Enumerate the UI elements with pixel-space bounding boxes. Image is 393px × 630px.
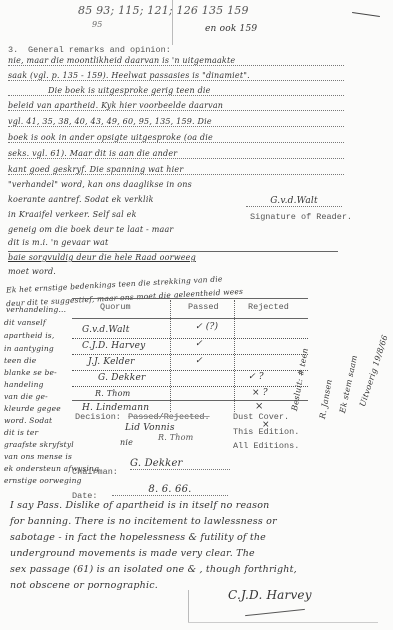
quorum-passed: ✓ (?) — [195, 322, 218, 332]
margin-note-left-line: van ons mense is — [4, 452, 72, 461]
quorum-member: G. Dekker — [98, 373, 145, 383]
table-top-rule — [72, 298, 308, 299]
quorum-passed: ✓ — [195, 339, 203, 349]
closing-note-line: sabotage - in fact the hopelessness & fu… — [10, 532, 266, 543]
margin-note-left-line: handeling — [4, 380, 44, 389]
decision-label: Decision: — [75, 412, 121, 422]
quorum-member: R. Thom — [95, 389, 130, 398]
quorum-member: G.v.d.Walt — [82, 325, 130, 335]
table-col-divider — [170, 300, 172, 412]
remark-line: moet word. — [8, 267, 56, 276]
margin-note-left-line: apartheid is, — [4, 331, 54, 340]
margin-note-left-line: kleurde gegee — [4, 404, 61, 413]
table-header-quorum: Quorum — [100, 302, 131, 312]
section-number: 3. — [8, 45, 18, 55]
remark-line: in Kraaifel verkeer. Self sal ek — [8, 210, 137, 219]
closing-note-line: sex passage (61) is an isolated one & , … — [10, 564, 297, 575]
fold-line — [172, 0, 173, 45]
reader-signature: G.v.d.Walt — [246, 196, 342, 207]
remark-line: seks. vgl. 61). Maar dit is aan die ande… — [8, 149, 344, 159]
remark-line: kant goed geskryf. Die spanning wat hier — [8, 165, 344, 175]
remark-line: nie, maar die moontlikheid daarvan is 'n… — [8, 56, 344, 66]
closing-note-line: not obscene or pornographic. — [10, 580, 158, 591]
option-all-editions: All Editions. — [233, 441, 299, 451]
table-row — [72, 370, 308, 371]
table-bottom-rule — [72, 400, 308, 401]
table-header-rejected: Rejected — [248, 302, 289, 312]
table-header-passed: Passed — [188, 302, 219, 312]
page-references-sub: 95 — [92, 20, 103, 29]
quorum-rejected: × — [255, 401, 264, 412]
margin-note-left-line: dit vanself — [4, 318, 46, 327]
section-label: General remarks and opinion: — [28, 45, 171, 55]
closing-note-line: underground movements is made very clear… — [10, 548, 255, 559]
closing-signature: C.J.D. Harvey — [228, 588, 312, 602]
margin-note-right-line: R. Jansen — [318, 379, 334, 420]
remark-line: baie sorgvuldig deur die hele Raad oorwe… — [8, 253, 196, 262]
decision-handwritten: Lid Vonnis — [125, 423, 175, 433]
margin-note-left-line: word. Sodat — [4, 416, 52, 425]
remark-line: boek is ook in ander opsigte uitgesproke… — [8, 133, 344, 143]
option-mark: × — [262, 420, 270, 430]
quorum-passed: ✓ — [195, 356, 203, 366]
table-row — [72, 386, 308, 387]
fold-line-bottom — [188, 590, 189, 622]
margin-note-right-line: Ek stem saam — [338, 354, 359, 414]
decision-handwritten-3: R. Thom — [158, 433, 193, 442]
remark-line: geneig om die boek deur te laat - maar — [8, 225, 173, 234]
table-row — [72, 354, 308, 355]
closing-note-line: I say Pass. Dislike of apartheid is in i… — [10, 500, 269, 511]
corner-mark — [352, 12, 380, 17]
margin-note-right-line: Uitvoerig 19/8/66 — [358, 334, 390, 408]
margin-note-left-line: verhandeling... — [6, 305, 66, 314]
margin-note-left-line: teen die — [4, 356, 36, 365]
quorum-member: J.J. Kelder — [88, 357, 135, 367]
table-header-rule — [72, 318, 308, 319]
remark-line: vgl. 41, 35, 38, 40, 43, 49, 60, 95, 135… — [8, 117, 344, 127]
signature-underline — [245, 609, 305, 616]
chairman-signature: G. Dekker — [130, 458, 230, 470]
margin-note-left-line: blanke se be- — [4, 368, 57, 377]
remark-line: Die boek is uitgesproke gerig teen die — [8, 86, 344, 96]
remark-line: beleid van apartheid. Kyk hier voorbeeld… — [8, 101, 344, 111]
remark-line: dit is m.i. 'n gevaar wat — [8, 238, 108, 247]
remark-line: koerante aantref. Sodat ek verklik — [8, 195, 154, 204]
margin-note-left-line: dit is ter — [4, 428, 38, 437]
closing-note-line: for banning. There is no incitement to l… — [10, 516, 277, 527]
remark-line: saak (vgl. p. 135 - 159). Heelwat passas… — [8, 71, 344, 81]
table-col-divider — [234, 300, 236, 412]
separator-line — [8, 251, 338, 252]
decision-handwritten-2: nie — [120, 438, 133, 447]
margin-note-left-line: in aantyging — [4, 344, 54, 353]
insert-note: en ook 159 — [205, 24, 257, 34]
margin-note-left-line: ernstige oorweging — [4, 476, 82, 485]
bottom-edge — [188, 622, 378, 623]
reader-signature-label: Signature of Reader. — [250, 212, 352, 222]
table-row — [72, 338, 308, 339]
date-value: 8. 6. 66. — [112, 484, 228, 496]
quorum-member: C.J.D. Harvey — [82, 341, 145, 351]
quorum-rejected: × ? — [252, 388, 268, 398]
remark-line: "verhandel" word, kan ons daaglikse in o… — [8, 180, 192, 189]
chairman-label: Chairman: — [72, 467, 118, 477]
margin-note-left-line: graafste skryfstyl — [4, 440, 74, 449]
quorum-rejected: ✓ ? — [248, 372, 264, 382]
decision-value: Passed/Rejected. — [128, 412, 210, 422]
margin-note-left-line: van die ge- — [4, 392, 48, 401]
page-references: 85 93; 115; 121; 126 135 159 — [78, 4, 249, 17]
margin-note-right-line: Besluit: # teen — [290, 347, 310, 411]
